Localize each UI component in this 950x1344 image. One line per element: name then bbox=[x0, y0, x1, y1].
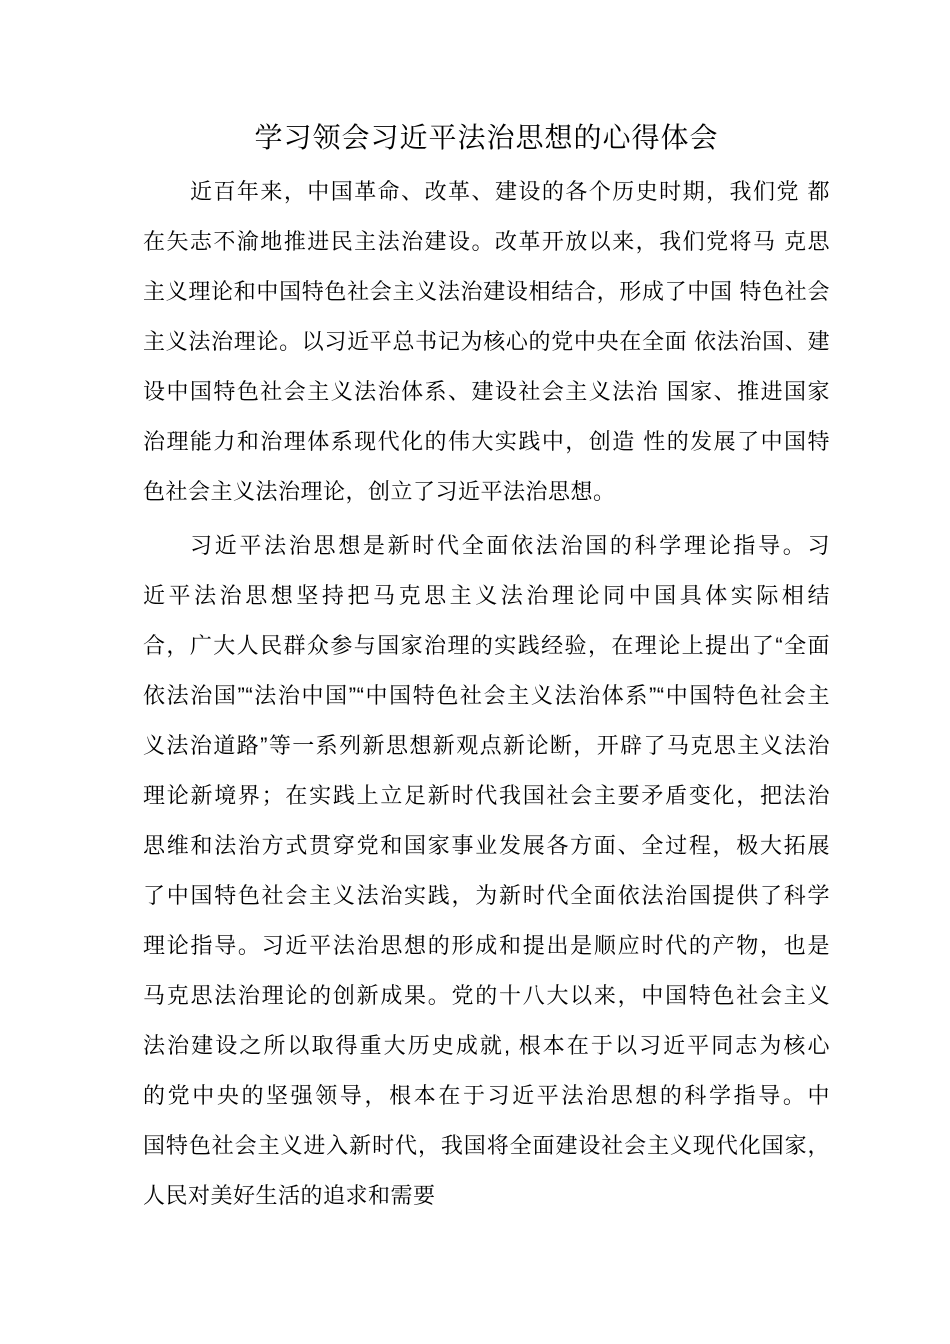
document-body: 近百年来，中国革命、改革、建设的各个历史时期，我们党 都 在矢志不渝地推进民主法… bbox=[143, 167, 830, 1221]
paragraph-line: 习近平法治思想是新时代全面依法治国的科学理论指导。习 bbox=[143, 521, 830, 571]
paragraph-line: 思维和法治方式贯穿党和国家事业发展各方面、全过程，极大拓展 bbox=[143, 821, 830, 871]
document-page: 学习领会习近平法治思想的心得体会 近百年来，中国革命、改革、建设的各个历史时期，… bbox=[0, 0, 950, 1344]
paragraph-line: 义法治道路”等一系列新思想新观点新论断，开辟了马克思主义法治 bbox=[143, 721, 830, 771]
paragraph-line: 国特色社会主义进入新时代，我国将全面建设社会主义现代化国家， bbox=[143, 1121, 830, 1171]
paragraph-line: 法治建设之所以取得重大历史成就, 根本在于以习近平同志为核心 bbox=[143, 1021, 830, 1071]
paragraph-line: 设中国特色社会主义法治体系、建设社会主义法治 国家、推进国家 bbox=[143, 367, 830, 417]
paragraph-line: 的党中央的坚强领导，根本在于习近平法治思想的科学指导。中 bbox=[143, 1071, 830, 1121]
paragraph-line: 近百年来，中国革命、改革、建设的各个历史时期，我们党 都 bbox=[143, 167, 830, 217]
paragraph-line: 了中国特色社会主义法治实践，为新时代全面依法治国提供了科学 bbox=[143, 871, 830, 921]
paragraph-line: 人民对美好生活的追求和需要 bbox=[143, 1171, 830, 1221]
paragraph-line: 治理能力和治理体系现代化的伟大实践中，创造 性的发展了中国特 bbox=[143, 417, 830, 467]
paragraph-line: 马克思法治理论的创新成果。党的十八大以来，中国特色社会主义 bbox=[143, 971, 830, 1021]
paragraph-line: 在矢志不渝地推进民主法治建设。改革开放以来，我们党将马 克思 bbox=[143, 217, 830, 267]
document-title: 学习领会习近平法治思想的心得体会 bbox=[143, 116, 830, 160]
paragraph-line: 理论指导。习近平法治思想的形成和提出是顺应时代的产物，也是 bbox=[143, 921, 830, 971]
paragraph-1: 近百年来，中国革命、改革、建设的各个历史时期，我们党 都 在矢志不渝地推进民主法… bbox=[143, 167, 830, 517]
paragraph-line: 近平法治思想坚持把马克思主义法治理论同中国具体实际相结 bbox=[143, 571, 830, 621]
paragraph-line: 色社会主义法治理论，创立了习近平法治思想。 bbox=[143, 467, 830, 517]
paragraph-line: 依法治国”“法治中国”“中国特色社会主义法治体系”“中国特色社会主 bbox=[143, 671, 830, 721]
paragraph-line: 理论新境界；在实践上立足新时代我国社会主要矛盾变化，把法治 bbox=[143, 771, 830, 821]
paragraph-line: 合，广大人民群众参与国家治理的实践经验，在理论上提出了“全面 bbox=[143, 621, 830, 671]
paragraph-2: 习近平法治思想是新时代全面依法治国的科学理论指导。习 近平法治思想坚持把马克思主… bbox=[143, 521, 830, 1221]
paragraph-line: 主义法治理论。以习近平总书记为核心的党中央在全面 依法治国、建 bbox=[143, 317, 830, 367]
paragraph-line: 主义理论和中国特色社会主义法治建设相结合，形成了中国 特色社会 bbox=[143, 267, 830, 317]
